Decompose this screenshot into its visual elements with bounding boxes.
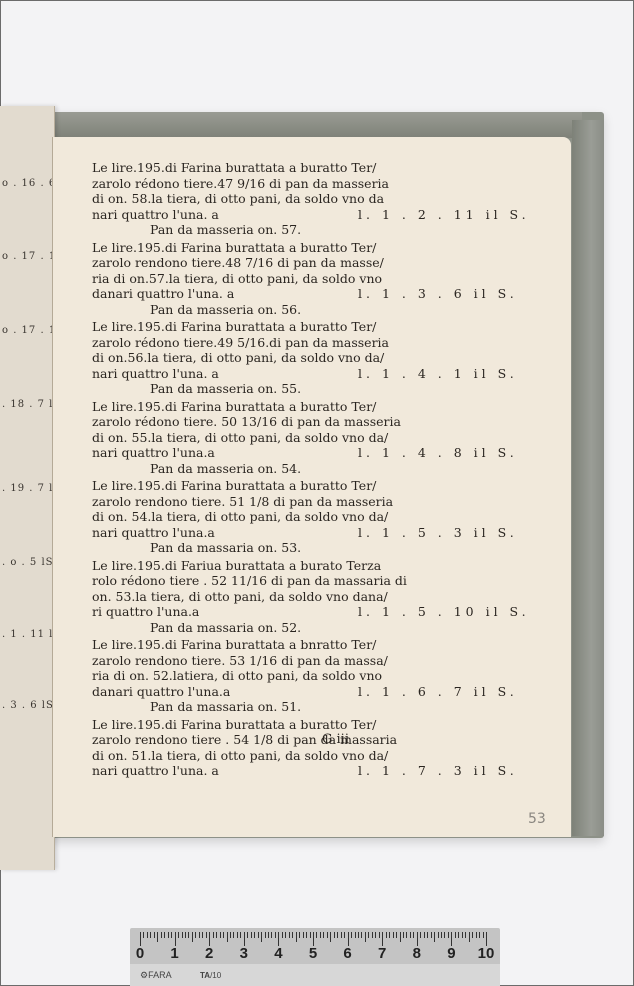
text-line: Le lire.195.di Farina burattata a buratt…: [92, 478, 492, 494]
line-text: Le lire.195.di Farina burattata a bnratt…: [92, 637, 376, 652]
ruler-tick: [469, 932, 470, 942]
bread-heading: Pan da massaria on. 51.: [92, 699, 492, 715]
text-line: zarolo rendono tiere. 53 1/16 di pan da …: [92, 653, 492, 669]
price-value: l. 1 . 5 . 10 il S.: [358, 604, 530, 620]
text-line: nari quattro l'una.al. 1 . 4 . 8 il S.: [92, 445, 492, 461]
ruler-label: 4: [274, 945, 282, 962]
left-page: o . 16 . 6 lS.o . 17 . 1 lS.o . 17 . 11 …: [0, 106, 55, 870]
ruler-tick: [472, 932, 473, 938]
price-value: l. 1 . 3 . 6 il S.: [358, 286, 518, 302]
ruler-tick: [372, 932, 373, 938]
ruler-tick: [303, 932, 304, 938]
line-text: Le lire.195.di Farina burattata a buratt…: [92, 717, 376, 732]
text-line: Le lire.195.di Farina burattata a buratt…: [92, 399, 492, 415]
ruler-tick: [213, 932, 214, 938]
price-entry: Le lire.195.di Farina burattata a buratt…: [92, 319, 492, 397]
ruler-tick: [268, 932, 269, 938]
ruler-tick: [206, 932, 207, 938]
ruler-tick: [341, 932, 342, 938]
ruler-model: TA/10: [200, 971, 221, 980]
line-text: danari quattro l'una. a: [92, 286, 234, 301]
ruler-tick: [462, 932, 463, 938]
ruler-tick: [344, 932, 345, 938]
ruler-tick: [237, 932, 238, 938]
text-line: Le lire.195.di Farina burattata a bnratt…: [92, 637, 492, 653]
ruler-tick: [361, 932, 362, 938]
ruler-tick: [178, 932, 179, 938]
text-line: danari quattro l'una.al. 1 . 6 . 7 il S.: [92, 684, 492, 700]
ruler-tick: [233, 932, 234, 938]
text-line: zarolo rédono tiere. 50 13/16 di pan da …: [92, 414, 492, 430]
ruler-label: 3: [240, 945, 248, 962]
ruler-tick: [396, 932, 397, 938]
line-text: zarolo rédono tiere.47 9/16 di pan da ma…: [92, 176, 389, 191]
ruler-tick: [427, 932, 428, 938]
ruler-tick: [230, 932, 231, 938]
line-text: di on. 55.la tiera, di otto pani, da sol…: [92, 430, 388, 445]
ruler-tick: [140, 932, 141, 946]
margin-number: . o . 5 lS.: [2, 557, 57, 568]
line-text: ri quattro l'una.a: [92, 604, 199, 619]
price-value: l. 1 . 6 . 7 il S.: [358, 684, 518, 700]
ruler-tick: [365, 932, 366, 942]
cover-right-edge: [572, 120, 604, 836]
line-text: Le lire.195.di Farina burattata a buratt…: [92, 240, 376, 255]
ruler-tick: [147, 932, 148, 938]
ruler-tick: [209, 932, 210, 946]
ruler-tick: [285, 932, 286, 938]
ruler-label: 10: [478, 945, 495, 962]
ruler-tick: [393, 932, 394, 938]
text-line: di on. 51.la tiera, di otto pani, da sol…: [92, 748, 492, 764]
text-line: nari quattro l'una. al. 1 . 2 . 11 il S.: [92, 207, 492, 223]
ruler-tick: [455, 932, 456, 938]
ruler-tick: [441, 932, 442, 938]
ruler-tick: [410, 932, 411, 938]
ruler-tick: [327, 932, 328, 938]
ruler-tick: [483, 932, 484, 938]
ruler-tick: [271, 932, 272, 938]
ruler-tick: [296, 932, 297, 942]
line-text: Le lire.195.di Fariua burattata a burato…: [92, 558, 381, 573]
text-line: zarolo rendono tiere.48 7/16 di pan da m…: [92, 255, 492, 271]
ruler-tick: [278, 932, 279, 946]
ruler-tick: [406, 932, 407, 938]
price-entry: Le lire.195.di Farina burattata a buratt…: [92, 240, 492, 318]
price-entry: Le lire.195.di Farina burattata a buratt…: [92, 478, 492, 556]
ruler-tick: [403, 932, 404, 938]
ruler-tick: [202, 932, 203, 938]
text-line: di on. 54.la tiera, di otto pani, da sol…: [92, 509, 492, 525]
ruler-tick: [417, 932, 418, 946]
ruler-brand: ⚙FARA: [140, 970, 172, 981]
page-text: Le lire.195.di Farina burattata a buratt…: [92, 160, 492, 781]
ruler-model-rest: /10: [210, 971, 221, 980]
line-text: di on. 58.la tiera, di otto pani, da sol…: [92, 191, 384, 206]
price-entry: Le lire.195.di Farina burattata a buratt…: [92, 160, 492, 238]
line-text: zarolo rendono tiere. 51 1/8 di pan da m…: [92, 494, 393, 509]
price-entry: Le lire.195.di Fariua burattata a burato…: [92, 558, 492, 636]
line-text: nari quattro l'una.a: [92, 525, 215, 540]
ruler-tick: [313, 932, 314, 946]
ruler-tick: [337, 932, 338, 938]
ruler-tick: [254, 932, 255, 938]
margin-number: . 3 . 6 lS.: [2, 700, 58, 711]
ruler-tick: [289, 932, 290, 938]
ruler-tick: [323, 932, 324, 938]
ruler-tick: [192, 932, 193, 942]
bread-heading: Pan da masseria on. 56.: [92, 302, 492, 318]
line-text: zarolo rendono tiere. 53 1/16 di pan da …: [92, 653, 388, 668]
ruler-tick: [465, 932, 466, 938]
line-text: di on. 51.la tiera, di otto pani, da sol…: [92, 748, 388, 763]
ruler-tick: [251, 932, 252, 938]
line-text: di on.56.la tiera, di otto pani, da sold…: [92, 350, 384, 365]
text-line: rolo rédono tiere . 52 11/16 di pan da m…: [92, 573, 492, 589]
text-line: zarolo rédono tiere.49 5/16.di pan da ma…: [92, 335, 492, 351]
line-text: Le lire.195.di Farina burattata a buratt…: [92, 399, 376, 414]
ruler-tick: [258, 932, 259, 938]
ruler-tick: [431, 932, 432, 938]
ruler-lower-band: [130, 964, 500, 986]
line-text: nari quattro l'una. a: [92, 366, 219, 381]
ruler-tick: [476, 932, 477, 938]
signature-mark: G iii: [322, 732, 349, 747]
ruler-tick: [244, 932, 245, 946]
ruler-tick: [451, 932, 452, 946]
ruler-label: 2: [205, 945, 213, 962]
ruler-tick: [389, 932, 390, 938]
ruler-tick: [265, 932, 266, 938]
ruler-tick: [247, 932, 248, 938]
ruler-tick: [171, 932, 172, 938]
price-entry: Le lire.195.di Farina burattata a buratt…: [92, 399, 492, 477]
ruler-tick: [175, 932, 176, 946]
ruler-label: 5: [309, 945, 317, 962]
price-value: l. 1 . 7 . 3 il S.: [358, 763, 518, 779]
text-line: ria di on. 52.latiera, di otto pani, da …: [92, 668, 492, 684]
line-text: danari quattro l'una.a: [92, 684, 230, 699]
text-line: Le lire.195.di Farina burattata a buratt…: [92, 319, 492, 335]
ruler-tick: [316, 932, 317, 938]
price-entry: Le lire.195.di Farina burattata a buratt…: [92, 717, 492, 779]
ruler-tick: [330, 932, 331, 942]
line-text: di on. 54.la tiera, di otto pani, da sol…: [92, 509, 388, 524]
ruler-tick: [299, 932, 300, 938]
ruler-tick: [261, 932, 262, 942]
ruler-tick: [400, 932, 401, 942]
ruler-label: 7: [378, 945, 386, 962]
line-text: zarolo rendono tiere . 54 1/8 di pan da …: [92, 732, 397, 747]
ruler-tick: [275, 932, 276, 938]
text-line: nari quattro l'una. al. 1 . 7 . 3 il S.: [92, 763, 492, 779]
line-text: nari quattro l'una. a: [92, 763, 219, 778]
bread-heading: Pan da masseria on. 54.: [92, 461, 492, 477]
text-line: nari quattro l'una.al. 1 . 5 . 3 il S.: [92, 525, 492, 541]
price-value: l. 1 . 4 . 1 il S.: [358, 366, 518, 382]
ruler-tick: [292, 932, 293, 938]
ruler-tick: [143, 932, 144, 938]
text-line: danari quattro l'una. al. 1 . 3 . 6 il S…: [92, 286, 492, 302]
ruler-tick: [413, 932, 414, 938]
text-line: zarolo rendono tiere . 54 1/8 di pan da …: [92, 732, 492, 748]
price-value: l. 1 . 5 . 3 il S.: [358, 525, 518, 541]
ruler-tick: [227, 932, 228, 942]
ruler-tick: [444, 932, 445, 938]
text-line: ria di on.57.la tiera, di otto pani, da …: [92, 271, 492, 287]
line-text: Le lire.195.di Farina burattata a buratt…: [92, 478, 376, 493]
line-text: zarolo rendono tiere.48 7/16 di pan da m…: [92, 255, 384, 270]
ruler-tick: [458, 932, 459, 938]
ruler-tick: [348, 932, 349, 946]
ruler-tick: [240, 932, 241, 938]
ruler-model-bold: TA: [200, 971, 210, 980]
ruler-tick: [334, 932, 335, 938]
text-line: Le lire.195.di Farina burattata a buratt…: [92, 240, 492, 256]
ruler-tick: [150, 932, 151, 938]
ruler-tick: [182, 932, 183, 938]
ruler-tick: [438, 932, 439, 938]
line-text: zarolo rédono tiere. 50 13/16 di pan da …: [92, 414, 401, 429]
scale-ruler: ⚙FARA TA/10 012345678910: [130, 928, 500, 986]
ruler-tick: [164, 932, 165, 938]
ruler-tick: [168, 932, 169, 938]
pencil-folio-number: 53: [528, 811, 546, 827]
text-line: Le lire.195.di Farina burattata a buratt…: [92, 717, 492, 733]
ruler-tick: [310, 932, 311, 938]
ruler-label: 1: [170, 945, 178, 962]
line-text: rolo rédono tiere . 52 11/16 di pan da m…: [92, 573, 407, 588]
line-text: Le lire.195.di Farina burattata a buratt…: [92, 319, 376, 334]
ruler-tick: [161, 932, 162, 938]
text-line: di on. 55.la tiera, di otto pani, da sol…: [92, 430, 492, 446]
ruler-tick: [448, 932, 449, 938]
ruler-tick: [320, 932, 321, 938]
text-line: Le lire.195.di Farina burattata a buratt…: [92, 160, 492, 176]
text-line: ri quattro l'una.al. 1 . 5 . 10 il S.: [92, 604, 492, 620]
ruler-tick: [358, 932, 359, 938]
ruler-tick: [220, 932, 221, 938]
ruler-tick: [486, 932, 487, 946]
ruler-tick: [195, 932, 196, 938]
price-value: l. 1 . 4 . 8 il S.: [358, 445, 518, 461]
ruler-tick: [386, 932, 387, 938]
ruler-tick: [479, 932, 480, 938]
text-line: zarolo rédono tiere.47 9/16 di pan da ma…: [92, 176, 492, 192]
ruler-tick: [199, 932, 200, 938]
ruler-label: 0: [136, 945, 144, 962]
cover-top-edge: [24, 112, 582, 138]
line-text: nari quattro l'una.a: [92, 445, 215, 460]
bread-heading: Pan da massaria on. 52.: [92, 620, 492, 636]
line-text: on. 53.la tiera, di otto pani, da soldo …: [92, 589, 388, 604]
line-text: zarolo rédono tiere.49 5/16.di pan da ma…: [92, 335, 389, 350]
text-line: di on.56.la tiera, di otto pani, da sold…: [92, 350, 492, 366]
text-line: di on. 58.la tiera, di otto pani, da sol…: [92, 191, 492, 207]
ruler-tick: [355, 932, 356, 938]
ruler-tick: [157, 932, 158, 942]
ruler-tick: [420, 932, 421, 938]
ruler-tick: [216, 932, 217, 938]
ruler-tick: [185, 932, 186, 938]
ruler-tick: [368, 932, 369, 938]
text-line: zarolo rendono tiere. 51 1/8 di pan da m…: [92, 494, 492, 510]
ruler-label: 8: [413, 945, 421, 962]
line-text: ria di on.57.la tiera, di otto pani, da …: [92, 271, 382, 286]
ruler-tick: [282, 932, 283, 938]
bread-heading: Pan da masseria on. 55.: [92, 381, 492, 397]
ruler-tick: [351, 932, 352, 938]
bread-heading: Pan da massaria on. 53.: [92, 540, 492, 556]
line-text: nari quattro l'una. a: [92, 207, 219, 222]
text-line: nari quattro l'una. al. 1 . 4 . 1 il S.: [92, 366, 492, 382]
ruler-label: 9: [447, 945, 455, 962]
text-line: Le lire.195.di Fariua burattata a burato…: [92, 558, 492, 574]
price-value: l. 1 . 2 . 11 il S.: [358, 207, 530, 223]
ruler-tick: [424, 932, 425, 938]
ruler-tick: [223, 932, 224, 938]
ruler-label: 6: [343, 945, 351, 962]
ruler-tick: [382, 932, 383, 946]
ruler-tick: [154, 932, 155, 938]
price-entry: Le lire.195.di Farina burattata a bnratt…: [92, 637, 492, 715]
text-line: on. 53.la tiera, di otto pani, da soldo …: [92, 589, 492, 605]
line-text: ria di on. 52.latiera, di otto pani, da …: [92, 668, 382, 683]
ruler-tick: [375, 932, 376, 938]
bread-heading: Pan da masseria on. 57.: [92, 222, 492, 238]
ruler-ticks: [140, 932, 486, 946]
line-text: Le lire.195.di Farina burattata a buratt…: [92, 160, 376, 175]
ruler-tick: [306, 932, 307, 938]
ruler-tick: [188, 932, 189, 938]
ruler-tick: [379, 932, 380, 938]
ruler-tick: [434, 932, 435, 942]
